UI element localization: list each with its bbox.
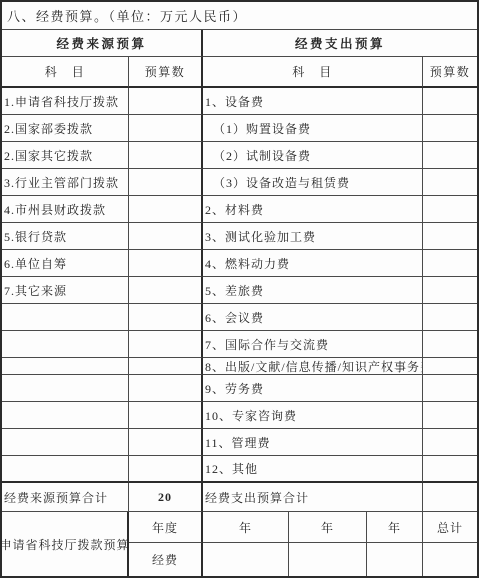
- fund-value-cell: [203, 543, 289, 576]
- fund-row-header: 经费: [129, 543, 203, 576]
- source-subject-cell: 6.单位自筹: [2, 250, 129, 277]
- form-title-text: 八、经费预算。（单位：万元人民币）: [7, 6, 247, 25]
- source-amount-cell: [129, 277, 203, 304]
- expense-amount-cell: [423, 456, 477, 483]
- expense-subject-cell: 1、设备费: [203, 88, 423, 115]
- table-header-row: 经费来源预算 经费支出预算: [2, 30, 477, 57]
- source-subject-cell: [2, 429, 129, 456]
- column-header-row: 科 目 预算数 科 目 预算数: [2, 57, 477, 88]
- budget-body: 1.申请省科技厅拨款1、设备费2.国家部委拨款（1）购置设备费2.国家其它拨款（…: [2, 88, 477, 483]
- expense-subject-cell: 10、专家咨询费: [203, 402, 423, 429]
- expense-amount-cell: [423, 429, 477, 456]
- expense-total-label: 经费支出预算合计: [203, 483, 423, 512]
- source-subject-cell: 2.国家部委拨款: [2, 115, 129, 142]
- fund-value-cell: [289, 543, 367, 576]
- table-row: 5.银行贷款3、测试化验加工费: [2, 223, 477, 250]
- expense-budget-header: 经费支出预算: [203, 30, 477, 57]
- expense-subject-cell: 3、测试化验加工费: [203, 223, 423, 250]
- source-subject-cell: [2, 358, 129, 375]
- fund-value-cell: [423, 543, 477, 576]
- source-budget-header: 经费来源预算: [2, 30, 203, 57]
- expense-subject-cell: 2、材料费: [203, 196, 423, 223]
- expense-amount-cell: [423, 169, 477, 196]
- fund-value-row: 经费: [129, 543, 477, 576]
- source-amount-cell: [129, 142, 203, 169]
- source-amount-cell: [129, 250, 203, 277]
- expense-subject-cell: 8、出版/文献/信息传播/知识产权事务费: [203, 358, 423, 375]
- source-subject-cell: [2, 331, 129, 358]
- expense-amount-cell: [423, 331, 477, 358]
- expense-subject-cell: （1）购置设备费: [203, 115, 423, 142]
- expense-amount-cell: [423, 250, 477, 277]
- expense-subject-cell: 7、国际合作与交流费: [203, 331, 423, 358]
- expense-amount-cell: [423, 88, 477, 115]
- table-row: 4.市州县财政拨款2、材料费: [2, 196, 477, 223]
- year-column-header: 年: [203, 512, 289, 543]
- year-row-header: 年度: [129, 512, 203, 543]
- budget-form: 八、经费预算。（单位：万元人民币） 经费来源预算 经费支出预算 科 目 预算数 …: [0, 0, 479, 578]
- table-row: 2.国家部委拨款（1）购置设备费: [2, 115, 477, 142]
- table-row: 6、会议费: [2, 304, 477, 331]
- expense-subject-cell: 5、差旅费: [203, 277, 423, 304]
- annual-plan-label: 申请省科技厅拨款预算: [2, 512, 129, 576]
- source-amount-cell: [129, 88, 203, 115]
- source-subject-cell: 2.国家其它拨款: [2, 142, 129, 169]
- table-row: 7、国际合作与交流费: [2, 331, 477, 358]
- table-row: 6.单位自筹4、燃料动力费: [2, 250, 477, 277]
- annual-plan-section: 申请省科技厅拨款预算 年度 年年年总计 经费: [2, 512, 477, 576]
- expense-amount-cell: [423, 142, 477, 169]
- source-amount-cell: [129, 304, 203, 331]
- expense-subject-cell: 6、会议费: [203, 304, 423, 331]
- source-amount-cell: [129, 169, 203, 196]
- table-row: 3.行业主管部门拨款（3）设备改造与租赁费: [2, 169, 477, 196]
- table-row: 7.其它来源5、差旅费: [2, 277, 477, 304]
- year-header-row: 年度 年年年总计: [129, 512, 477, 543]
- source-amount-cell: [129, 196, 203, 223]
- source-subject-cell: [2, 304, 129, 331]
- table-row: 12、其他: [2, 456, 477, 483]
- source-amount-cell: [129, 223, 203, 250]
- fund-value-cell: [367, 543, 423, 576]
- expense-amount-cell: [423, 304, 477, 331]
- expense-amount-cell: [423, 115, 477, 142]
- source-amount-cell: [129, 115, 203, 142]
- expense-amount-cell: [423, 375, 477, 402]
- year-column-header: 年: [289, 512, 367, 543]
- source-subject-header: 科 目: [2, 57, 129, 88]
- expense-amount-cell: [423, 358, 477, 375]
- expense-subject-cell: 4、燃料动力费: [203, 250, 423, 277]
- table-row: 9、劳务费: [2, 375, 477, 402]
- form-title: 八、经费预算。（单位：万元人民币）: [2, 2, 477, 30]
- expense-subject-cell: （3）设备改造与租赁费: [203, 169, 423, 196]
- table-row: 10、专家咨询费: [2, 402, 477, 429]
- source-total-value: 20: [129, 483, 203, 512]
- year-column-header: 年: [367, 512, 423, 543]
- source-amount-cell: [129, 429, 203, 456]
- expense-amount-cell: [423, 223, 477, 250]
- source-subject-cell: 5.银行贷款: [2, 223, 129, 250]
- source-subject-cell: [2, 402, 129, 429]
- expense-amount-header: 预算数: [423, 57, 477, 88]
- expense-amount-cell: [423, 196, 477, 223]
- expense-total-value: [423, 483, 477, 512]
- expense-subject-cell: 11、管理费: [203, 429, 423, 456]
- source-amount-cell: [129, 456, 203, 483]
- grand-total-header: 总计: [423, 512, 477, 543]
- expense-subject-cell: 12、其他: [203, 456, 423, 483]
- source-amount-header: 预算数: [129, 57, 203, 88]
- expense-subject-header: 科 目: [203, 57, 423, 88]
- source-subject-cell: [2, 456, 129, 483]
- source-amount-cell: [129, 331, 203, 358]
- source-total-label: 经费来源预算合计: [2, 483, 129, 512]
- totals-row: 经费来源预算合计 20 经费支出预算合计: [2, 483, 477, 512]
- annual-plan-grid: 年度 年年年总计 经费: [129, 512, 477, 576]
- source-subject-cell: 1.申请省科技厅拨款: [2, 88, 129, 115]
- source-subject-cell: 4.市州县财政拨款: [2, 196, 129, 223]
- expense-subject-cell: 9、劳务费: [203, 375, 423, 402]
- source-amount-cell: [129, 375, 203, 402]
- table-row: 2.国家其它拨款（2）试制设备费: [2, 142, 477, 169]
- source-amount-cell: [129, 358, 203, 375]
- source-subject-cell: [2, 375, 129, 402]
- expense-amount-cell: [423, 402, 477, 429]
- table-row: 1.申请省科技厅拨款1、设备费: [2, 88, 477, 115]
- expense-subject-cell: （2）试制设备费: [203, 142, 423, 169]
- expense-amount-cell: [423, 277, 477, 304]
- source-subject-cell: 3.行业主管部门拨款: [2, 169, 129, 196]
- table-row: 11、管理费: [2, 429, 477, 456]
- source-subject-cell: 7.其它来源: [2, 277, 129, 304]
- table-row: 8、出版/文献/信息传播/知识产权事务费: [2, 358, 477, 375]
- source-amount-cell: [129, 402, 203, 429]
